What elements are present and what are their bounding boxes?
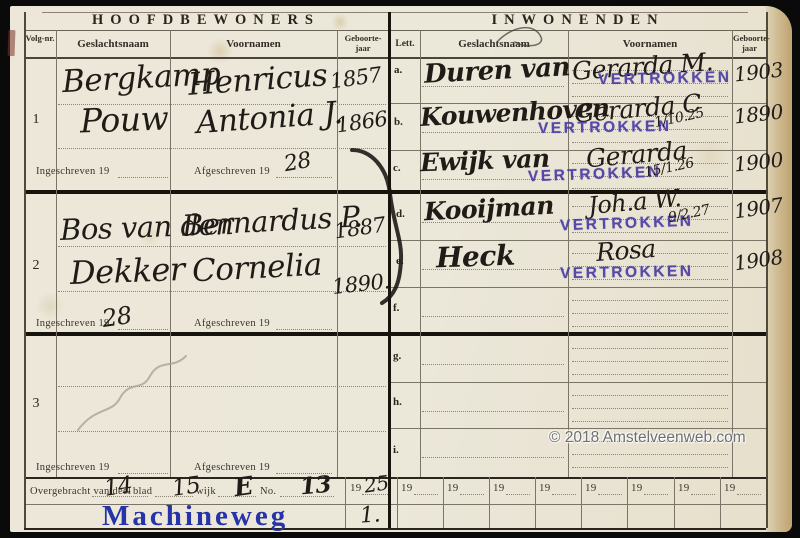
block-number: 2 (25, 258, 47, 274)
year-column-label: 19 (401, 482, 413, 494)
header-geboortejaar-left: Geboorte-jaar (339, 34, 387, 54)
dotted-writing-line (572, 467, 728, 468)
vertrokken-stamp: VERTROKKEN (538, 118, 672, 138)
block-divider-heavy (24, 332, 766, 336)
blad-label: blad (133, 486, 152, 497)
firstnames-script: Cornelia (191, 247, 323, 290)
dotted-writing-line (58, 246, 386, 247)
label-dotted-tail (691, 494, 715, 495)
street-name-stamp: Machineweg (102, 500, 288, 533)
year-value-script: 25 (362, 470, 390, 497)
dotted-writing-line (422, 364, 564, 365)
dotted-writing-line (572, 348, 728, 349)
dotted-writing-line (422, 316, 564, 317)
surname-script: Heck (435, 239, 515, 275)
dotted-writing-line (572, 300, 728, 301)
dotted-writing-line (422, 457, 564, 458)
table-center-divider (388, 12, 391, 528)
year-column-label: 19 (678, 482, 690, 494)
footer-cell-divider (581, 477, 582, 528)
row-letter: b. (394, 116, 403, 128)
label-dotted-tail (276, 329, 332, 330)
ingeschreven-label: Ingeschreven 19 (36, 166, 110, 177)
vertrokken-stamp: VERTROKKEN (598, 69, 732, 89)
ingeschreven-value: 28 (100, 301, 133, 333)
afgeschreven-label: Afgeschreven 19 (194, 318, 270, 329)
house-number-script: 1. (359, 502, 381, 528)
year-column-label: 19 (585, 482, 597, 494)
label-dotted-tail (414, 494, 438, 495)
dotted-writing-line (572, 395, 728, 396)
row-letter: c. (393, 162, 401, 174)
deel-value-script: 14 (102, 472, 134, 502)
ingeschreven-label: Ingeschreven 19 (36, 318, 110, 329)
header-geboortejaar-right: Geboorte-jaar (733, 34, 766, 54)
wijk-value-script: E (232, 471, 254, 502)
row-letter: d. (396, 208, 405, 220)
row-letter: g. (393, 350, 401, 362)
column-divider (56, 30, 57, 477)
afgeschreven-value: 28 (282, 148, 313, 177)
label-dotted-tail (737, 494, 761, 495)
year-column-label: 19 (447, 482, 459, 494)
label-dotted-tail (598, 494, 622, 495)
header-geslachtsnaam-left: Geslachtsnaam (56, 38, 170, 51)
footer-cell-divider (627, 477, 628, 528)
label-dotted-tail (506, 494, 530, 495)
row-letter: a. (394, 64, 402, 76)
row-divider (390, 287, 766, 288)
dotted-writing-line (572, 361, 728, 362)
row-letter: h. (393, 396, 402, 408)
header-geslachtsnaam-right: Geslachtsnaam (420, 38, 568, 51)
row-divider (390, 382, 766, 383)
row-letter: e. (396, 255, 404, 267)
footer-cell-divider (489, 477, 490, 528)
surname-script: Pouw (79, 98, 169, 140)
year-cell-prefix: 19 (350, 482, 362, 494)
dotted-writing-line (572, 374, 728, 375)
footer-cell-divider (674, 477, 675, 528)
dotted-writing-line (58, 431, 386, 432)
dotted-writing-line (572, 408, 728, 409)
no-value-script: 13 (299, 471, 332, 501)
row-letter: f. (393, 302, 399, 314)
dotted-writing-line (422, 411, 564, 412)
label-dotted-tail (552, 494, 576, 495)
label-dotted-tail (644, 494, 668, 495)
block-number: 1 (25, 112, 47, 128)
year-column-label: 19 (631, 482, 643, 494)
birthyear-script: 1890 (733, 100, 784, 129)
label-dotted-tail (460, 494, 484, 495)
footer-cell-divider (397, 477, 398, 528)
block-number: 3 (25, 396, 47, 412)
year-column-label: 19 (724, 482, 736, 494)
footer-cell-divider (535, 477, 536, 528)
dotted-writing-line (572, 326, 728, 327)
section-hoofdbewoners-title: HOOFDBEWONERS (24, 12, 388, 29)
dotted-writing-line (572, 421, 728, 422)
label-dotted-tail (118, 177, 168, 178)
dotted-writing-line (572, 454, 728, 455)
afgeschreven-label: Afgeschreven 19 (194, 166, 270, 177)
register-photo: HOOFDBEWONERS INWONENDEN Volg-nr. Geslac… (0, 0, 800, 538)
birthyear-script: 1903 (733, 58, 784, 87)
header-volgnr: Volg-nr. (25, 34, 55, 44)
archive-edge-mark (8, 30, 16, 56)
no-label: No. (260, 486, 276, 497)
copyright-watermark: © 2018 Amstelveenweb.com (549, 429, 746, 447)
section-inwonenden-title: INWONENDEN (390, 12, 766, 29)
firstnames-script: Rosa (595, 234, 656, 267)
year-column-label: 19 (539, 482, 551, 494)
column-divider (420, 30, 421, 477)
vertrokken-stamp: VERTROKKEN (560, 263, 694, 283)
afgeschreven-label: Afgeschreven 19 (194, 462, 270, 473)
ingeschreven-label: Ingeschreven 19 (36, 462, 110, 473)
footer-cell-divider (345, 477, 346, 528)
footer-cell-divider (720, 477, 721, 528)
birthyear-script: 1900 (733, 148, 784, 177)
row-letter: i. (393, 444, 399, 456)
dotted-writing-line (58, 148, 386, 149)
footer-cell-divider (443, 477, 444, 528)
header-top-rule (24, 30, 766, 31)
dotted-writing-line (58, 386, 386, 387)
header-voornamen-left: Voornamen (170, 38, 337, 51)
label-dotted-tail (276, 177, 332, 178)
year-column-label: 19 (493, 482, 505, 494)
header-lett: Lett. (390, 39, 420, 50)
dotted-writing-line (572, 313, 728, 314)
wijk-label: wijk (196, 486, 216, 497)
surname-script: Dekker (69, 250, 185, 292)
footer-top-rule (24, 477, 766, 479)
